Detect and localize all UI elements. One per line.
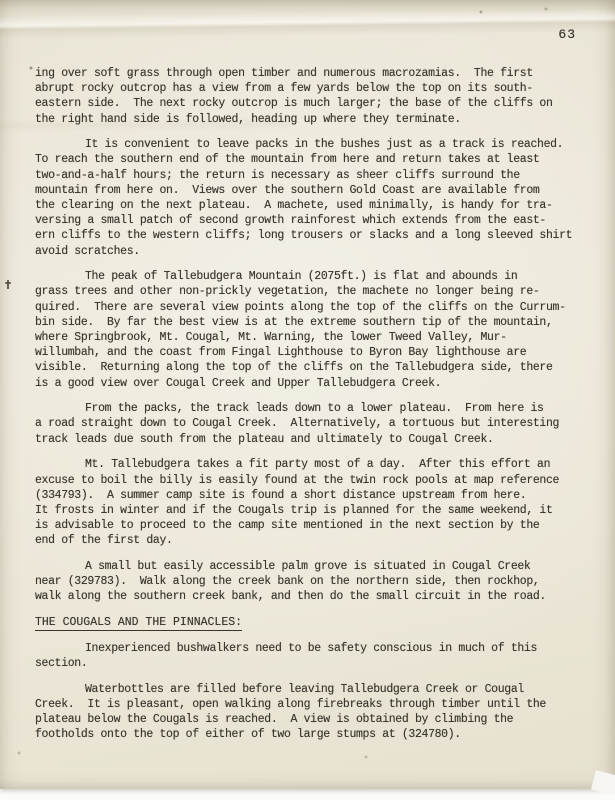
paragraph-line: near (329783). Walk along the creek bank… xyxy=(35,574,589,589)
paragraph-line: Inexperienced bushwalkers need to be saf… xyxy=(35,641,589,656)
paragraph-line: the right hand side is followed, heading… xyxy=(35,112,589,127)
paragraph-line: The peak of Tallebudgera Mountain (2075f… xyxy=(35,269,589,284)
paragraph: Inexperienced bushwalkers need to be saf… xyxy=(35,641,589,671)
paragraph-line: is advisable to proceed to the camp site… xyxy=(35,518,589,533)
ink-specks xyxy=(0,0,2,2)
paragraph-line: willumbah, and the coast from Fingal Lig… xyxy=(35,345,589,360)
paragraph-line: (334793). A summer camp site is found a … xyxy=(35,488,589,503)
paragraph-line: plateau below the Cougals is reached. A … xyxy=(35,712,589,727)
paragraph-line: Mt. Tallebudgera takes a fit party most … xyxy=(35,457,589,472)
paragraph-line: two-and-a-half hours; the return is nece… xyxy=(35,168,589,183)
paragraph-line: end of the first day. xyxy=(35,533,589,548)
paragraph-line: Creek. It is pleasant, open walking alon… xyxy=(35,697,589,712)
paragraph-line: track leads due south from the plateau a… xyxy=(35,432,589,447)
paragraph-line: walk along the southern creek bank, and … xyxy=(35,589,589,604)
paragraph-line: eastern side. The next rocky outcrop is … xyxy=(35,96,589,111)
paragraph: Mt. Tallebudgera takes a fit party most … xyxy=(35,457,589,548)
document-page: 63 ing over soft grass through open timb… xyxy=(0,0,615,789)
page-number: 63 xyxy=(558,27,576,42)
margin-ink-mark xyxy=(7,280,9,289)
paragraph-line: quired. There are several view points al… xyxy=(35,300,589,315)
paragraph-line: It is convenient to leave packs in the b… xyxy=(35,137,589,152)
paragraph: It is convenient to leave packs in the b… xyxy=(35,137,589,259)
paragraph-line: where Springbrook, Mt. Cougal, Mt. Warni… xyxy=(35,330,589,345)
paragraph-line: ing over soft grass through open timber … xyxy=(35,66,589,81)
paragraph-line: visible. Returning along the top of the … xyxy=(35,360,589,375)
paragraph-line: abrupt rocky outcrop has a view from a f… xyxy=(35,81,589,96)
paragraph-line: To reach the southern end of the mountai… xyxy=(35,152,589,167)
paragraph: A small but easily accessible palm grove… xyxy=(35,559,589,605)
section-heading-text: THE COUGALS AND THE PINNACLES: xyxy=(35,616,242,631)
paragraph-line: From the packs, the track leads down to … xyxy=(35,401,589,416)
paragraph-line: is a good view over Cougal Creek and Upp… xyxy=(35,376,589,391)
paragraph-line: excuse to boil the billy is easily found… xyxy=(35,473,589,488)
paragraph: ing over soft grass through open timber … xyxy=(35,66,589,127)
paragraph-line: a road straight down to Cougal Creek. Al… xyxy=(35,416,589,431)
paragraph-line: the clearing on the next plateau. A mach… xyxy=(35,198,589,213)
paragraph-line: Waterbottles are filled before leaving T… xyxy=(35,682,589,697)
paper-crease xyxy=(0,8,615,40)
paragraph: The peak of Tallebudgera Mountain (2075f… xyxy=(35,269,589,391)
paragraph-line: section. xyxy=(35,656,589,671)
section-heading: THE COUGALS AND THE PINNACLES: xyxy=(35,615,589,630)
paragraph-line: mountain from here on. Views over the so… xyxy=(35,183,589,198)
paragraph-line: bin side. By far the best view is at the… xyxy=(35,315,589,330)
scanner-background: 63 ing over soft grass through open timb… xyxy=(0,0,615,800)
paragraph: Waterbottles are filled before leaving T… xyxy=(35,682,589,743)
paragraph-line: versing a small patch of second growth r… xyxy=(35,213,589,228)
paragraph-line: avoid scratches. xyxy=(35,244,589,259)
paragraph-line: It frosts in winter and if the Cougals t… xyxy=(35,503,589,518)
paragraph-line: ern cliffs to the western cliffs; long t… xyxy=(35,228,589,243)
paragraph: From the packs, the track leads down to … xyxy=(35,401,589,447)
paragraph-line: footholds onto the top of either of two … xyxy=(35,727,589,742)
paragraph-line: A small but easily accessible palm grove… xyxy=(35,559,589,574)
paragraph-line: grass trees and other non-prickly vegeta… xyxy=(35,284,589,299)
page-body: ing over soft grass through open timber … xyxy=(35,66,589,753)
